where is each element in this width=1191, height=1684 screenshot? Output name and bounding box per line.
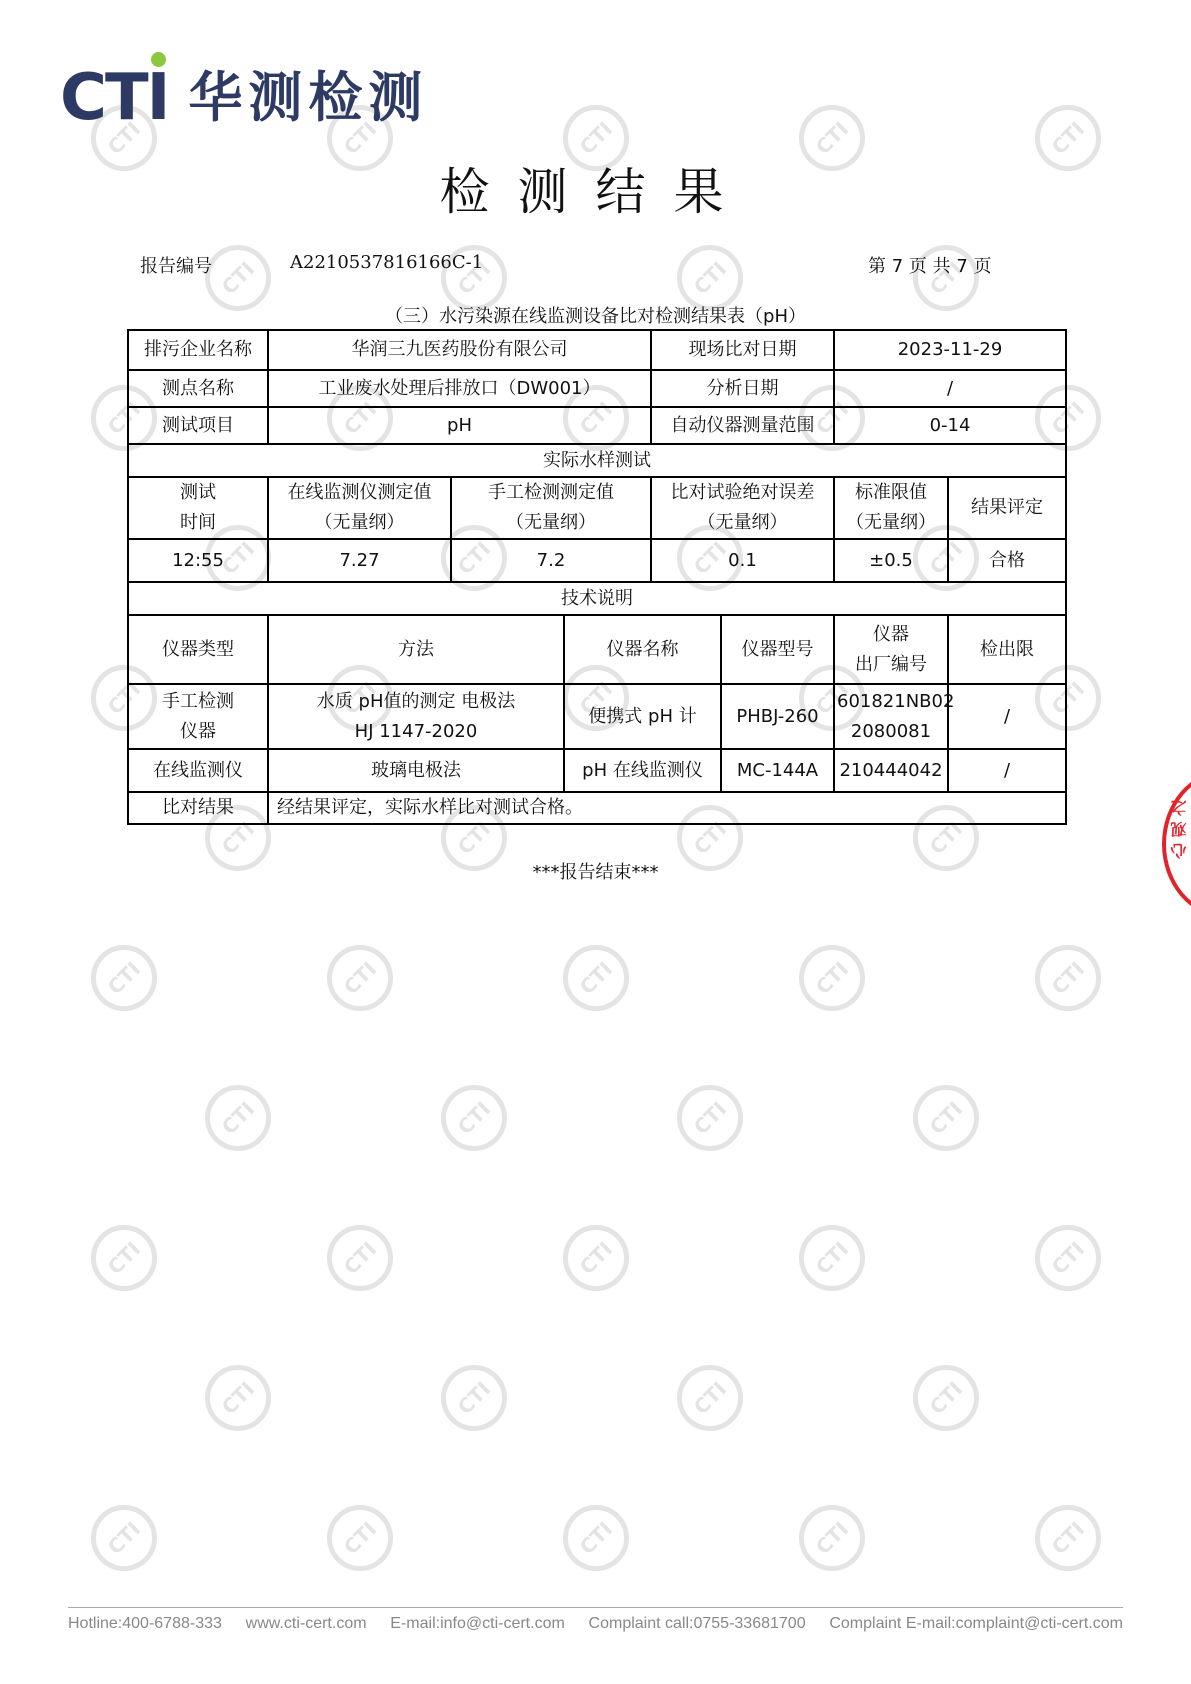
standard-limit: ±0.5 <box>834 539 948 582</box>
results-table: 排污企业名称 华润三九医药股份有限公司 现场比对日期 2023-11-29 测点… <box>127 329 1065 825</box>
cti-watermark-icon: CTI <box>549 931 642 1024</box>
column-header: 仪器型号 <box>721 615 834 684</box>
page-footer: Hotline:400-6788-333 www.cti-cert.com E-… <box>68 1615 1123 1633</box>
cti-watermark-icon: CTI <box>549 1211 642 1304</box>
cti-watermark-icon: CTI <box>427 1351 520 1444</box>
instrument-model: PHBJ-260 <box>721 684 834 749</box>
footer-complaint-email: Complaint E-mail:complaint@cti-cert.com <box>829 1615 1123 1633</box>
info-row: 排污企业名称 华润三九医药股份有限公司 现场比对日期 2023-11-29 <box>128 330 1066 370</box>
column-header: 测试时间 <box>128 477 268 539</box>
footer-hotline: Hotline:400-6788-333 <box>68 1615 222 1633</box>
cti-watermark-icon: CTI <box>313 1491 406 1584</box>
logo-chinese-name: 华测检测 <box>188 66 428 130</box>
detection-limit: / <box>948 684 1066 749</box>
tech-row: 在线监测仪 玻璃电极法 pH 在线监测仪 MC-144A 210444042 / <box>128 749 1066 792</box>
test-time: 12:55 <box>128 539 268 582</box>
tech-section-title: 技术说明 <box>128 582 1066 615</box>
cti-watermark-icon: CTI <box>785 1491 878 1584</box>
instrument-type: 在线监测仪 <box>128 749 268 792</box>
column-header: 方法 <box>268 615 564 684</box>
method: 水质 pH值的测定 电极法HJ 1147-2020 <box>268 684 564 749</box>
table-subtitle: （三）水污染源在线监测设备比对检测结果表（pH） <box>0 302 1191 328</box>
footer-divider <box>68 1607 1123 1608</box>
label-cell: 测点名称 <box>128 370 268 407</box>
section-header-row: 技术说明 <box>128 582 1066 615</box>
logo-cti-text: CTI <box>60 66 168 130</box>
instrument-type: 手工检测仪器 <box>128 684 268 749</box>
instrument-name: pH 在线监测仪 <box>564 749 721 792</box>
report-no-label: 报告编号 <box>140 252 212 278</box>
serial-number: 210444042 <box>834 749 948 792</box>
result-evaluation: 合格 <box>948 539 1066 582</box>
info-row: 测点名称 工业废水处理后排放口（DW001） 分析日期 / <box>128 370 1066 407</box>
cti-watermark-icon: CTI <box>77 1211 170 1304</box>
cti-watermark-icon: CTI <box>1021 1491 1114 1584</box>
label-cell: 排污企业名称 <box>128 330 268 370</box>
value-cell: 工业废水处理后排放口（DW001） <box>268 370 651 407</box>
instrument-model: MC-144A <box>721 749 834 792</box>
detection-limit: / <box>948 749 1066 792</box>
cti-watermark-icon: CTI <box>785 1211 878 1304</box>
report-no: A2210537816166C-1 <box>290 252 483 273</box>
cti-watermark-icon: CTI <box>549 1491 642 1584</box>
value-cell: / <box>834 370 1066 407</box>
column-header: 手工检测测定值（无量纲） <box>451 477 651 539</box>
result-row: 比对结果 经结果评定，实际水样比对测试合格。 <box>128 792 1066 824</box>
section-header-row: 实际水样测试 <box>128 444 1066 477</box>
cti-watermark-icon: CTI <box>1021 1211 1114 1304</box>
online-value: 7.27 <box>268 539 451 582</box>
tech-header-row: 仪器类型 方法 仪器名称 仪器型号 仪器出厂编号 检出限 <box>128 615 1066 684</box>
cti-watermark-icon: CTI <box>1021 931 1114 1024</box>
column-header: 仪器类型 <box>128 615 268 684</box>
footer-complaint-call: Complaint call:0755-33681700 <box>589 1615 806 1633</box>
manual-value: 7.2 <box>451 539 651 582</box>
cti-watermark-icon: CTI <box>191 1071 284 1164</box>
cti-watermark-icon: CTI <box>313 1211 406 1304</box>
cti-watermark-icon: CTI <box>77 1491 170 1584</box>
column-header: 仪器名称 <box>564 615 721 684</box>
result-label: 比对结果 <box>128 792 268 824</box>
info-row: 测试项目 pH 自动仪器测量范围 0-14 <box>128 407 1066 444</box>
value-cell: 2023-11-29 <box>834 330 1066 370</box>
cti-watermark-icon: CTI <box>77 931 170 1024</box>
column-header: 结果评定 <box>948 477 1066 539</box>
tech-row: 手工检测仪器 水质 pH值的测定 电极法HJ 1147-2020 便携式 pH … <box>128 684 1066 749</box>
cti-watermark-icon: CTI <box>191 1351 284 1444</box>
report-end-marker: ***报告结束*** <box>0 858 1191 884</box>
column-header: 检出限 <box>948 615 1066 684</box>
result-text: 经结果评定，实际水样比对测试合格。 <box>268 792 1066 824</box>
cti-watermark-icon: CTI <box>663 1351 756 1444</box>
column-header: 在线监测仪测定值（无量纲） <box>268 477 451 539</box>
label-cell: 现场比对日期 <box>651 330 834 370</box>
cti-watermark-icon: CTI <box>313 931 406 1024</box>
instrument-name: 便携式 pH 计 <box>564 684 721 749</box>
sample-section-title: 实际水样测试 <box>128 444 1066 477</box>
page-info: 第 7 页 共 7 页 <box>868 252 992 278</box>
value-cell: pH <box>268 407 651 444</box>
sample-header-row: 测试时间 在线监测仪测定值（无量纲） 手工检测测定值（无量纲） 比对试验绝对误差… <box>128 477 1066 539</box>
company-logo: CTI 华测检测 <box>60 50 428 130</box>
value-cell: 0-14 <box>834 407 1066 444</box>
method: 玻璃电极法 <box>268 749 564 792</box>
value-cell: 华润三九医药股份有限公司 <box>268 330 651 370</box>
seal-stamp-text: 心 观 之 <box>1168 800 1191 859</box>
serial-number: 601821NB022080081 <box>834 684 948 749</box>
footer-website: www.cti-cert.com <box>246 1615 367 1633</box>
abs-error: 0.1 <box>651 539 834 582</box>
cti-watermark-icon: CTI <box>427 1071 520 1164</box>
label-cell: 自动仪器测量范围 <box>651 407 834 444</box>
label-cell: 分析日期 <box>651 370 834 407</box>
page-title: 检测结果 <box>0 152 1191 224</box>
column-header: 比对试验绝对误差（无量纲） <box>651 477 834 539</box>
cti-watermark-icon: CTI <box>899 1071 992 1164</box>
label-cell: 测试项目 <box>128 407 268 444</box>
sample-data-row: 12:55 7.27 7.2 0.1 ±0.5 合格 <box>128 539 1066 582</box>
cti-watermark-icon: CTI <box>785 931 878 1024</box>
cti-watermark-icon: CTI <box>899 1351 992 1444</box>
cti-watermark-icon: CTI <box>663 1071 756 1164</box>
column-header: 仪器出厂编号 <box>834 615 948 684</box>
footer-email: E-mail:info@cti-cert.com <box>390 1615 565 1633</box>
column-header: 标准限值（无量纲） <box>834 477 948 539</box>
